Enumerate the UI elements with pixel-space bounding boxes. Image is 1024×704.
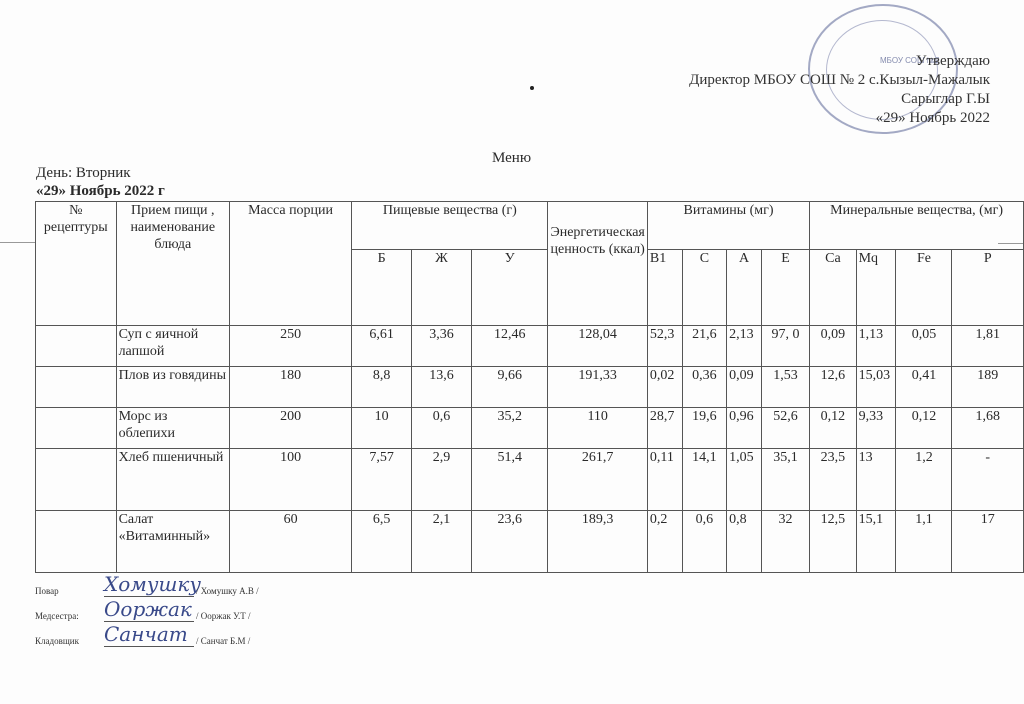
mq-cell: 1,13 <box>856 326 896 367</box>
header-dish: Прием пищи , наименование блюда <box>116 202 229 326</box>
p-cell: 1,68 <box>952 408 1024 449</box>
stray-dot <box>530 86 534 90</box>
signature-role: Кладовщик <box>35 636 79 646</box>
carbs-cell: 51,4 <box>471 449 548 511</box>
p-cell: 189 <box>952 367 1024 408</box>
header-energy: Энергетическая ценность (ккал) <box>548 202 647 326</box>
protein-cell: 8,8 <box>352 367 412 408</box>
header-p: P <box>952 250 1024 326</box>
b1-cell: 0,2 <box>647 511 682 573</box>
carbs-cell: 35,2 <box>471 408 548 449</box>
header-fe: Fe <box>896 250 952 326</box>
date-label: «29» Ноябрь 2022 г <box>36 183 165 200</box>
handwritten-signature: Санчат <box>104 622 188 646</box>
c-cell: 21,6 <box>682 326 726 367</box>
recipe-no-cell <box>36 326 117 367</box>
header-recipe-no: № рецептуры <box>36 202 117 326</box>
c-cell: 0,36 <box>682 367 726 408</box>
approval-date: «29» Ноябрь 2022 <box>689 109 990 128</box>
fat-cell: 3,36 <box>412 326 472 367</box>
energy-cell: 110 <box>548 408 647 449</box>
approval-heading: Утверждаю <box>689 52 990 71</box>
dish-cell: Хлеб пшеничный <box>116 449 229 511</box>
signature-name: / Ооржак У.Т / <box>196 611 251 621</box>
mq-cell: 9,33 <box>856 408 896 449</box>
signature-name: / Хомушку А.В / <box>196 586 259 596</box>
menu-table: № рецептуры Прием пищи , наименование бл… <box>35 201 1024 573</box>
approval-director: Директор МБОУ СОШ № 2 с.Кызыл-Мажалык <box>689 71 990 90</box>
b1-cell: 0,02 <box>647 367 682 408</box>
dish-cell: Салат «Витаминный» <box>116 511 229 573</box>
portion-cell: 180 <box>229 367 351 408</box>
header-portion: Масса порции <box>229 202 351 326</box>
ca-cell: 12,6 <box>810 367 856 408</box>
e-cell: 1,53 <box>761 367 809 408</box>
recipe-no-cell <box>36 511 117 573</box>
recipe-no-cell <box>36 449 117 511</box>
table-row: Морс из облепихи200100,635,211028,719,60… <box>36 408 1024 449</box>
ca-cell: 0,09 <box>810 326 856 367</box>
dish-cell: Плов из говядины <box>116 367 229 408</box>
fe-cell: 1,1 <box>896 511 952 573</box>
protein-cell: 6,5 <box>352 511 412 573</box>
recipe-no-cell <box>36 408 117 449</box>
carbs-cell: 12,46 <box>471 326 548 367</box>
approval-director-name: Сарыглар Г.Ы <box>689 90 990 109</box>
e-cell: 97, 0 <box>761 326 809 367</box>
header-a: A <box>727 250 762 326</box>
protein-cell: 10 <box>352 408 412 449</box>
handwritten-signature: Хомушку <box>104 572 201 596</box>
p-cell: 17 <box>952 511 1024 573</box>
dish-cell: Суп с яичной лапшой <box>116 326 229 367</box>
portion-cell: 100 <box>229 449 351 511</box>
dish-cell: Морс из облепихи <box>116 408 229 449</box>
b1-cell: 0,11 <box>647 449 682 511</box>
p-cell: 1,81 <box>952 326 1024 367</box>
ca-cell: 0,12 <box>810 408 856 449</box>
energy-cell: 128,04 <box>548 326 647 367</box>
header-e: E <box>761 250 809 326</box>
a-cell: 1,05 <box>727 449 762 511</box>
fe-cell: 0,41 <box>896 367 952 408</box>
mq-cell: 15,03 <box>856 367 896 408</box>
mq-cell: 13 <box>856 449 896 511</box>
c-cell: 0,6 <box>682 511 726 573</box>
portion-cell: 60 <box>229 511 351 573</box>
day-label: День: Вторник <box>36 165 131 182</box>
protein-cell: 7,57 <box>352 449 412 511</box>
page-title: Меню <box>492 150 531 167</box>
energy-cell: 261,7 <box>548 449 647 511</box>
header-fat: Ж <box>412 250 472 326</box>
fat-cell: 0,6 <box>412 408 472 449</box>
b1-cell: 52,3 <box>647 326 682 367</box>
energy-cell: 191,33 <box>548 367 647 408</box>
table-row: Суп с яичной лапшой2506,613,3612,46128,0… <box>36 326 1024 367</box>
portion-cell: 250 <box>229 326 351 367</box>
signature-line <box>104 646 194 647</box>
p-cell: - <box>952 449 1024 511</box>
header-vitamins: Витамины (мг) <box>647 202 809 250</box>
approval-block: Утверждаю Директор МБОУ СОШ № 2 с.Кызыл-… <box>689 52 990 128</box>
e-cell: 35,1 <box>761 449 809 511</box>
header-minerals: Минеральные вещества, (мг) <box>810 202 1024 250</box>
a-cell: 0,96 <box>727 408 762 449</box>
header-nutrients: Пищевые вещества (г) <box>352 202 548 250</box>
header-row-1: № рецептуры Прием пищи , наименование бл… <box>36 202 1024 250</box>
e-cell: 52,6 <box>761 408 809 449</box>
fat-cell: 2,1 <box>412 511 472 573</box>
energy-cell: 189,3 <box>548 511 647 573</box>
signature-name: / Санчат Б.М / <box>196 636 250 646</box>
ca-cell: 12,5 <box>810 511 856 573</box>
mq-cell: 15,1 <box>856 511 896 573</box>
handwritten-signature: Ооржак <box>104 597 192 621</box>
signature-role: Повар <box>35 586 59 596</box>
portion-cell: 200 <box>229 408 351 449</box>
b1-cell: 28,7 <box>647 408 682 449</box>
header-b1: B1 <box>647 250 682 326</box>
ca-cell: 23,5 <box>810 449 856 511</box>
scan-artifact-line <box>0 242 35 243</box>
fat-cell: 2,9 <box>412 449 472 511</box>
header-c: C <box>682 250 726 326</box>
header-mq: Mq <box>856 250 896 326</box>
signature-role: Медсестра: <box>35 611 79 621</box>
fat-cell: 13,6 <box>412 367 472 408</box>
c-cell: 14,1 <box>682 449 726 511</box>
fe-cell: 0,12 <box>896 408 952 449</box>
a-cell: 0,09 <box>727 367 762 408</box>
recipe-no-cell <box>36 367 117 408</box>
fe-cell: 1,2 <box>896 449 952 511</box>
a-cell: 0,8 <box>727 511 762 573</box>
c-cell: 19,6 <box>682 408 726 449</box>
protein-cell: 6,61 <box>352 326 412 367</box>
table-row: Хлеб пшеничный1007,572,951,4261,70,1114,… <box>36 449 1024 511</box>
table-row: Плов из говядины1808,813,69,66191,330,02… <box>36 367 1024 408</box>
carbs-cell: 9,66 <box>471 367 548 408</box>
fe-cell: 0,05 <box>896 326 952 367</box>
table-row: Салат «Витаминный»606,52,123,6189,30,20,… <box>36 511 1024 573</box>
header-protein: Б <box>352 250 412 326</box>
header-carbs: У <box>471 250 548 326</box>
a-cell: 2,13 <box>727 326 762 367</box>
carbs-cell: 23,6 <box>471 511 548 573</box>
header-ca: Ca <box>810 250 856 326</box>
e-cell: 32 <box>761 511 809 573</box>
